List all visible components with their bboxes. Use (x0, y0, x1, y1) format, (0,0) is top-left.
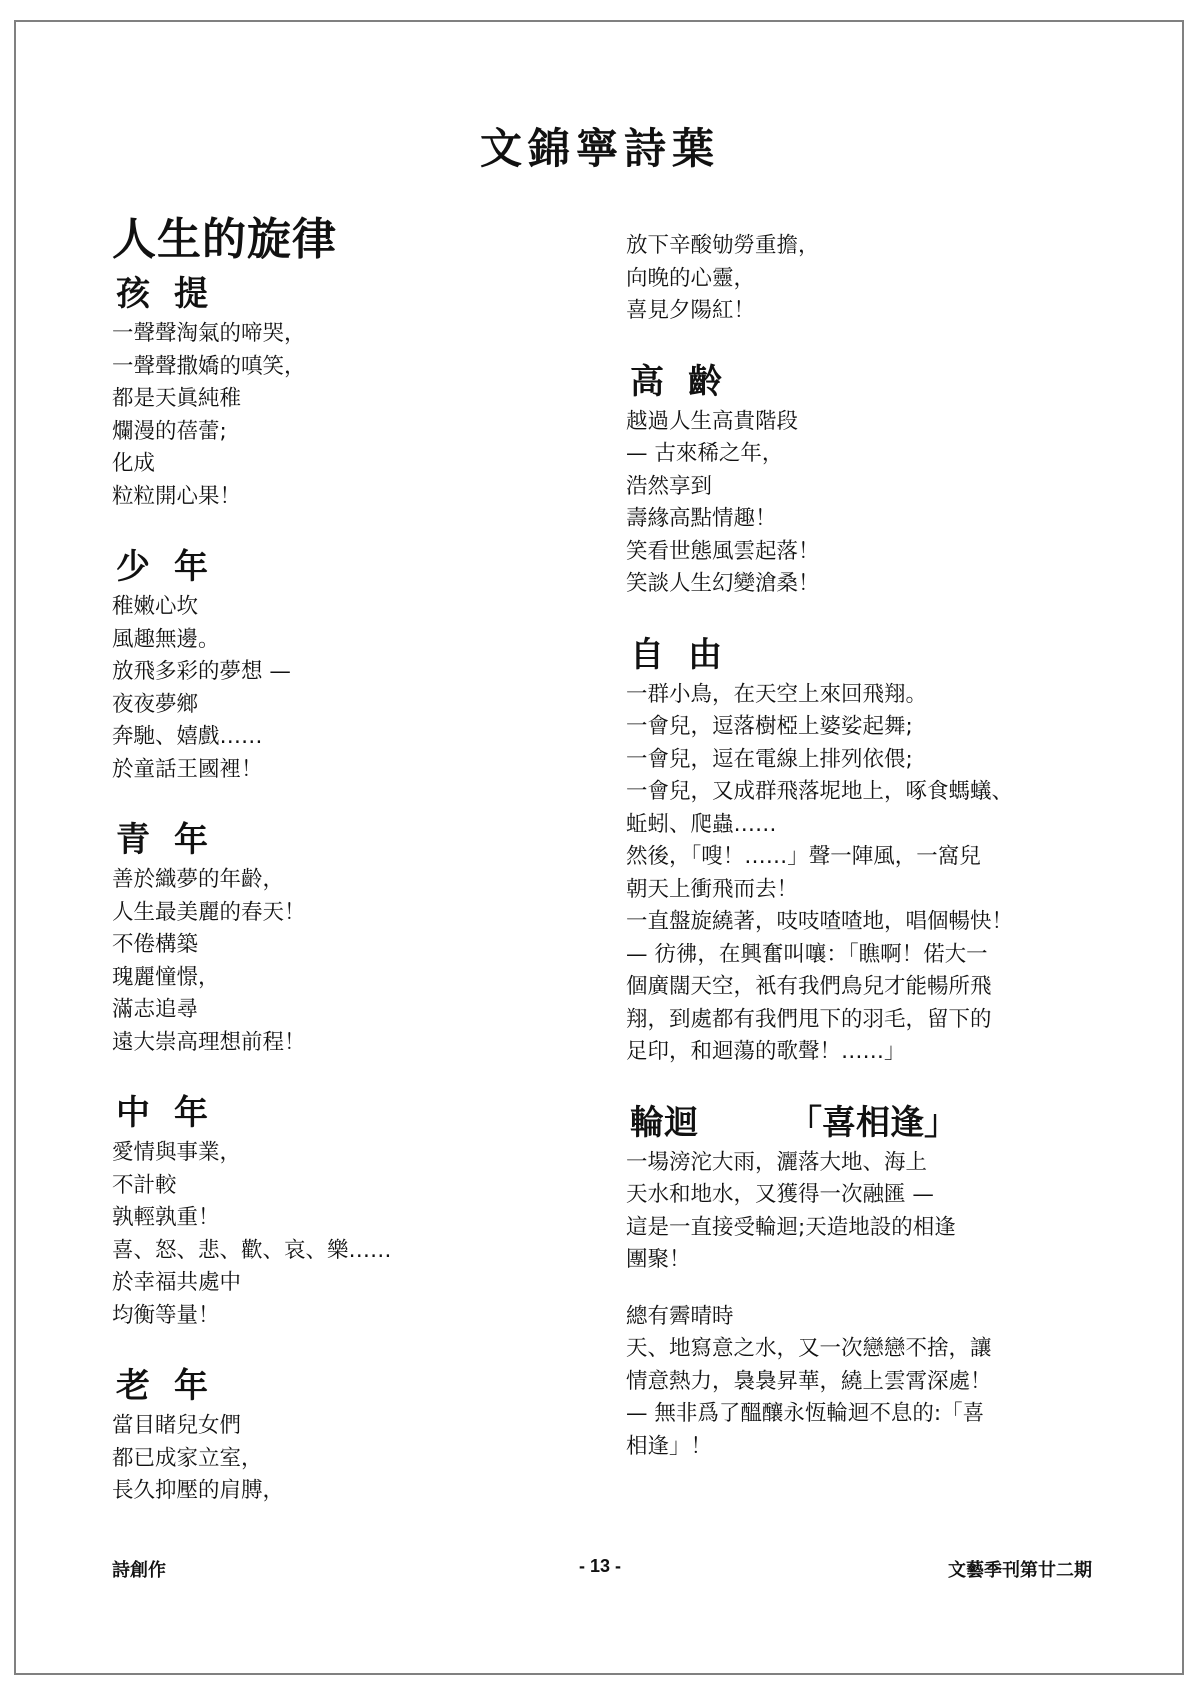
section-middle-age: 中年 愛情與事業， 不計較 孰輕孰重！ 喜、怒、悲、歡、哀、樂…… 於幸福共處中… (112, 1091, 592, 1332)
verse-line: 朝天上衝飛而去！ (626, 874, 1096, 907)
section-title: 輪迴「喜相逢」 (630, 1101, 1096, 1145)
verse-line: 一群小鳥，在天空上來回飛翔。 (626, 679, 1096, 712)
verse-line: 然後，「嗖！……」聲一陣風，一窩兒 (626, 841, 1096, 874)
verse-line: 天水和地水，又獲得一次融匯 — (626, 1179, 1096, 1212)
section-freedom: 自由 一群小鳥，在天空上來回飛翔。 一會兒，逗落樹椏上婆娑起舞; 一會兒，逗在電… (626, 633, 1096, 1069)
poem-title: 人生的旋律 (112, 212, 592, 268)
verse-line: 足印，和迴蕩的歌聲！……」 (626, 1036, 1096, 1069)
verse-line: — 彷彿，在興奮叫嚷：「瞧啊！偌大一 (626, 939, 1096, 972)
section-old-age: 老年 當目睹兒女們 都已成家立室， 長久抑壓的肩膊， (112, 1364, 592, 1508)
verse-line: 均衡等量！ (112, 1300, 592, 1333)
verse-line: 爛漫的蓓蕾; (112, 416, 592, 449)
verse-line: 一聲聲撒嬌的嗔笑， (112, 351, 592, 384)
verse-line: — 古來稀之年， (626, 438, 1096, 471)
verse-line: 這是一直接受輪迴;天造地設的相逢 (626, 1212, 1096, 1245)
section-childhood: 孩提 一聲聲淘氣的啼哭， 一聲聲撒嬌的嗔笑， 都是天眞純稚 爛漫的蓓蕾; 化成 … (112, 272, 592, 513)
section-advanced-age: 高齡 越過人生高貴階段 — 古來稀之年， 浩然享到 壽緣高點情趣！ 笑看世態風雲… (626, 360, 1096, 601)
verse-line: 於童話王國裡！ (112, 754, 592, 787)
section-title: 中年 (116, 1091, 592, 1135)
section-title: 老年 (116, 1364, 592, 1408)
verse-line: 放下辛酸劬勞重擔， (626, 230, 1096, 263)
verse-line: 一直盤旋繞著，吱吱喳喳地，唱個暢快！ (626, 906, 1096, 939)
section-title: 少年 (116, 545, 592, 589)
verse-line: 團聚！ (626, 1244, 1096, 1277)
verse-line: 天、地寫意之水，又一次戀戀不捨，讓 (626, 1333, 1096, 1366)
right-column: 放下辛酸劬勞重擔， 向晚的心靈， 喜見夕陽紅！ 高齡 越過人生高貴階段 — 古來… (626, 230, 1096, 1463)
verse-line: 放飛多彩的夢想 — (112, 656, 592, 689)
verse-line: 越過人生高貴階段 (626, 406, 1096, 439)
masthead-title: 文錦寧詩葉 (0, 128, 1200, 170)
verse-line: 當目睹兒女們 (112, 1410, 592, 1443)
verse-line: 情意熱力，裊裊昇華，繞上雲霄深處！ (626, 1366, 1096, 1399)
verse-line: 遠大崇高理想前程！ (112, 1027, 592, 1060)
verse-line: — 無非爲了醞釀永恆輪迴不息的:「喜 (626, 1398, 1096, 1431)
verse-line: 壽緣高點情趣！ (626, 503, 1096, 536)
verse-line: 不計較 (112, 1170, 592, 1203)
verse-line: 瑰麗憧憬， (112, 962, 592, 995)
verse-line: 風趣無邊。 (112, 624, 592, 657)
section-title: 孩提 (116, 272, 592, 316)
verse-line: 一場滂沱大雨，灑落大地、海上 (626, 1147, 1096, 1180)
verse-line: 長久抑壓的肩膊， (112, 1475, 592, 1508)
verse-line: 一聲聲淘氣的啼哭， (112, 318, 592, 351)
section-reincarnation-reunion: 輪迴「喜相逢」 一場滂沱大雨，灑落大地、海上 天水和地水，又獲得一次融匯 — 這… (626, 1101, 1096, 1464)
verse-line: 善於織夢的年齡， (112, 864, 592, 897)
verse-line: 愛情與事業， (112, 1137, 592, 1170)
verse-line: 粒粒開心果！ (112, 481, 592, 514)
left-column: 人生的旋律 孩提 一聲聲淘氣的啼哭， 一聲聲撒嬌的嗔笑， 都是天眞純稚 爛漫的蓓… (112, 212, 592, 1508)
verse-line: 孰輕孰重！ (112, 1202, 592, 1235)
verse-line: 個廣闊天空，衹有我們鳥兒才能暢所飛 (626, 971, 1096, 1004)
verse-line: 稚嫩心坎 (112, 591, 592, 624)
section-young-adult: 青年 善於織夢的年齡， 人生最美麗的春天！ 不倦構築 瑰麗憧憬， 滿志追尋 遠大… (112, 818, 592, 1059)
verse-line: 笑談人生幻變滄桑！ (626, 568, 1096, 601)
section-title: 自由 (630, 633, 1096, 677)
verse-line: 一會兒，又成群飛落坭地上，啄食螞蟻、 (626, 776, 1096, 809)
verse-line: 人生最美麗的春天！ (112, 897, 592, 930)
verse-line: 滿志追尋 (112, 994, 592, 1027)
verse-line: 向晚的心靈， (626, 263, 1096, 296)
section-old-age-continued: 放下辛酸劬勞重擔， 向晚的心靈， 喜見夕陽紅！ (626, 230, 1096, 328)
verse-line: 化成 (112, 448, 592, 481)
verse-line: 一會兒，逗落樹椏上婆娑起舞; (626, 711, 1096, 744)
verse-line: 總有霽晴時 (626, 1301, 1096, 1334)
publication-issue: 文藝季刊第廿二期 (948, 1556, 1092, 1582)
verse-line: 喜見夕陽紅！ (626, 295, 1096, 328)
verse-line: 笑看世態風雲起落！ (626, 536, 1096, 569)
verse-line: 都已成家立室， (112, 1443, 592, 1476)
section-youth: 少年 稚嫩心坎 風趣無邊。 放飛多彩的夢想 — 夜夜夢鄉 奔馳、嬉戲…… 於童話… (112, 545, 592, 786)
section-title: 高齡 (630, 360, 1096, 404)
verse-line: 夜夜夢鄉 (112, 689, 592, 722)
verse-line: 一會兒，逗在電線上排列依偎; (626, 744, 1096, 777)
verse-line: 相逢」！ (626, 1431, 1096, 1464)
verse-line: 蚯蚓、爬蟲…… (626, 809, 1096, 842)
verse-line: 於幸福共處中 (112, 1267, 592, 1300)
verse-line: 奔馳、嬉戲…… (112, 721, 592, 754)
verse-line: 翔，到處都有我們甩下的羽毛，留下的 (626, 1004, 1096, 1037)
section-title: 青年 (116, 818, 592, 862)
verse-line: 不倦構築 (112, 929, 592, 962)
verse-line: 都是天眞純稚 (112, 383, 592, 416)
verse-line: 喜、怒、悲、歡、哀、樂…… (112, 1235, 592, 1268)
verse-line: 浩然享到 (626, 471, 1096, 504)
